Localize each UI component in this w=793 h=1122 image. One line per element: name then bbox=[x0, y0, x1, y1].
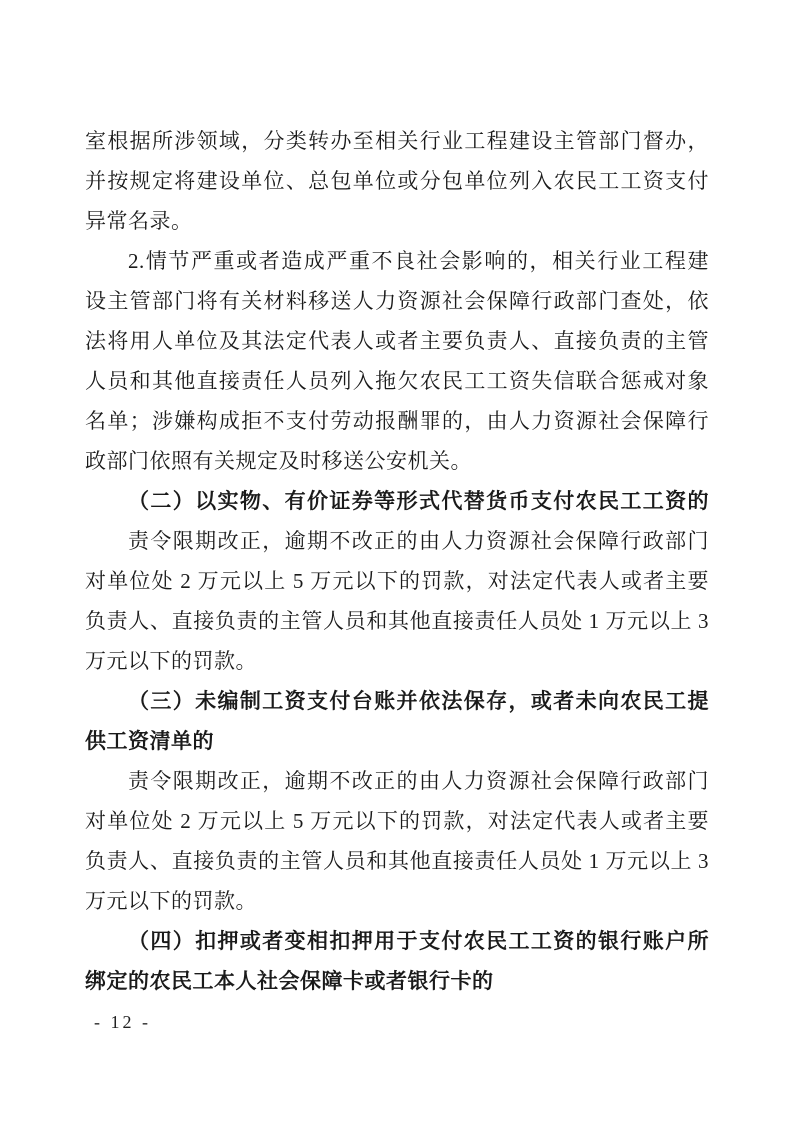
paragraph-line: 责令限期改正，逾期不改正的由人力资源社会保障行政部门 bbox=[85, 761, 709, 801]
paragraph-line: 对单位处 2 万元以上 5 万元以下的罚款，对法定代表人或者主要 bbox=[85, 801, 709, 841]
heading-line: 供工资清单的 bbox=[85, 721, 709, 761]
paragraph-line: 法将用人单位及其法定代表人或者主要负责人、直接负责的主管 bbox=[85, 321, 709, 361]
heading-line: （三）未编制工资支付台账并依法保存，或者未向农民工提 bbox=[85, 681, 709, 721]
paragraph-line: 并按规定将建设单位、总包单位或分包单位列入农民工工资支付 bbox=[85, 161, 709, 201]
heading-line: （二）以实物、有价证券等形式代替货币支付农民工工资的 bbox=[85, 481, 709, 521]
heading-line: （四）扣押或者变相扣押用于支付农民工工资的银行账户所 bbox=[85, 921, 709, 961]
document-page: 室根据所涉领域，分类转办至相关行业工程建设主管部门督办， 并按规定将建设单位、总… bbox=[0, 0, 793, 1122]
section-heading: （二）以实物、有价证券等形式代替货币支付农民工工资的 bbox=[85, 481, 709, 521]
paragraph-line: 对单位处 2 万元以上 5 万元以下的罚款，对法定代表人或者主要 bbox=[85, 561, 709, 601]
document-body: 室根据所涉领域，分类转办至相关行业工程建设主管部门督办， 并按规定将建设单位、总… bbox=[85, 121, 709, 1001]
paragraph: 室根据所涉领域，分类转办至相关行业工程建设主管部门督办， 并按规定将建设单位、总… bbox=[85, 121, 709, 241]
section-heading: （三）未编制工资支付台账并依法保存，或者未向农民工提 供工资清单的 bbox=[85, 681, 709, 761]
heading-line: 绑定的农民工本人社会保障卡或者银行卡的 bbox=[85, 961, 709, 1001]
paragraph-line: 名单；涉嫌构成拒不支付劳动报酬罪的，由人力资源社会保障行 bbox=[85, 401, 709, 441]
paragraph-line: 人员和其他直接责任人员列入拖欠农民工工资失信联合惩戒对象 bbox=[85, 361, 709, 401]
paragraph-line: 负责人、直接负责的主管人员和其他直接责任人员处 1 万元以上 3 bbox=[85, 841, 709, 881]
page-number: - 12 - bbox=[94, 1005, 151, 1039]
paragraph-line: 设主管部门将有关材料移送人力资源社会保障行政部门查处，依 bbox=[85, 281, 709, 321]
paragraph-line: 室根据所涉领域，分类转办至相关行业工程建设主管部门督办， bbox=[85, 121, 709, 161]
paragraph-line: 异常名录。 bbox=[85, 201, 709, 241]
paragraph-line: 责令限期改正，逾期不改正的由人力资源社会保障行政部门 bbox=[85, 521, 709, 561]
section-heading: （四）扣押或者变相扣押用于支付农民工工资的银行账户所 绑定的农民工本人社会保障卡… bbox=[85, 921, 709, 1001]
paragraph-line: 政部门依照有关规定及时移送公安机关。 bbox=[85, 441, 709, 481]
paragraph-line: 负责人、直接负责的主管人员和其他直接责任人员处 1 万元以上 3 bbox=[85, 601, 709, 641]
paragraph-line: 2.情节严重或者造成严重不良社会影响的，相关行业工程建 bbox=[85, 241, 709, 281]
paragraph: 责令限期改正，逾期不改正的由人力资源社会保障行政部门 对单位处 2 万元以上 5… bbox=[85, 521, 709, 681]
paragraph: 2.情节严重或者造成严重不良社会影响的，相关行业工程建 设主管部门将有关材料移送… bbox=[85, 241, 709, 481]
paragraph-line: 万元以下的罚款。 bbox=[85, 641, 709, 681]
paragraph-line: 万元以下的罚款。 bbox=[85, 881, 709, 921]
paragraph: 责令限期改正，逾期不改正的由人力资源社会保障行政部门 对单位处 2 万元以上 5… bbox=[85, 761, 709, 921]
